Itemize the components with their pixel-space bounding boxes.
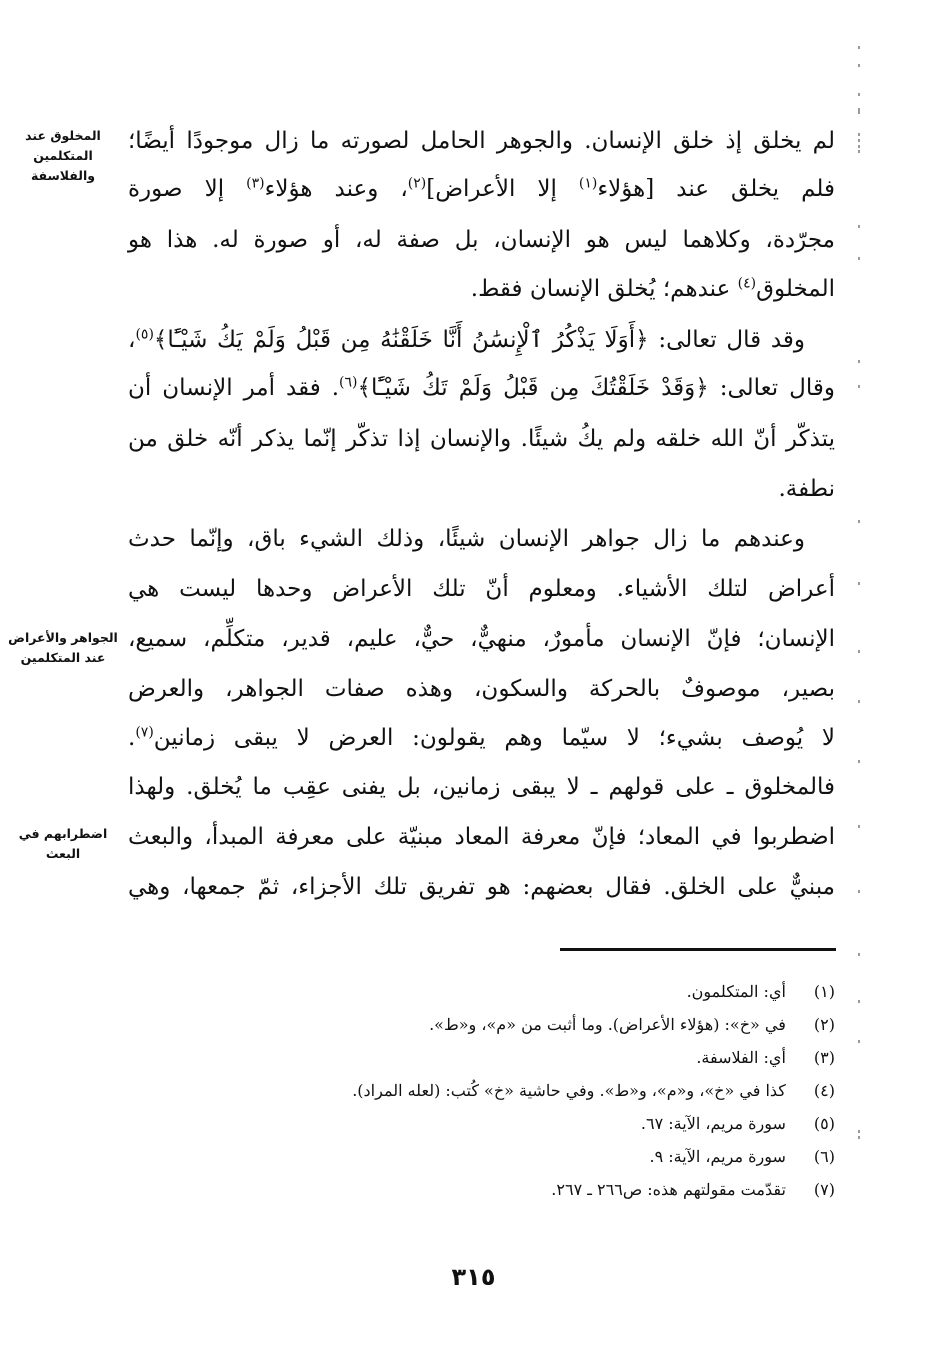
- footnote-text: سورة مريم، الآية: ٦٧.: [641, 1114, 786, 1133]
- footnote-4: (٤) كذا في «خ»، و«م»، و«ط». وفي حاشية «خ…: [128, 1076, 835, 1106]
- footnote-ref-5[interactable]: (٥): [135, 326, 153, 342]
- margin-note-line: الجواهر والأعراض: [4, 628, 122, 648]
- footnote-6: (٦) سورة مريم، الآية: ٩.: [128, 1142, 835, 1172]
- body-line-7: يتذكّر أنّ الله خلقه ولم يكُ شيئًا. والإ…: [128, 417, 835, 461]
- book-page: المخلوق عند المتكلمين والفلاسفة الجواهر …: [0, 0, 947, 1369]
- footnote-ref-3[interactable]: (٣): [246, 175, 264, 191]
- body-line-6-quran-verse: وقال تعالى: ﴿وَقَدْ خَلَقْتُكَ مِن قَبْل…: [128, 366, 835, 410]
- footnote-2: (٢) في «خ»: (هؤلاء الأعراض). وما أثبت من…: [128, 1010, 835, 1040]
- footnote-ref-6[interactable]: (٦): [339, 374, 357, 390]
- footnote-7: (٧) تقدّمت مقولتهم هذه: ص٢٦٦ ـ ٢٦٧.: [128, 1175, 835, 1205]
- footnote-text: سورة مريم، الآية: ٩.: [650, 1147, 786, 1166]
- margin-note-created-per-theologians-philosophers: المخلوق عند المتكلمين والفلاسفة: [4, 126, 122, 186]
- text-run: فلم يخلق عند [هؤلاء: [597, 176, 835, 202]
- footnote-ref-1[interactable]: (١): [579, 175, 597, 191]
- body-line-13: لا يُوصف بشيء؛ لا سيّما وهم يقولون: العر…: [128, 716, 835, 760]
- text-run: إلا الأعراض]: [426, 176, 579, 202]
- footnote-number: (٦): [791, 1142, 835, 1172]
- footnote-text: في «خ»: (هؤلاء الأعراض). وما أثبت من «م»…: [429, 1015, 786, 1034]
- body-line-1: لم يخلق إذ خلق الإنسان. والجوهر الحامل ل…: [128, 119, 835, 163]
- margin-note-substances-accidents: الجواهر والأعراض عند المتكلمين: [4, 628, 122, 668]
- footnote-ref-4[interactable]: (٤): [738, 275, 756, 291]
- margin-note-line: المتكلمين والفلاسفة: [4, 146, 122, 186]
- footnote-number: (٤): [791, 1076, 835, 1106]
- footnote-text: تقدّمت مقولتهم هذه: ص٢٦٦ ـ ٢٦٧.: [551, 1180, 786, 1199]
- text-run: المخلوق: [756, 276, 835, 302]
- text-run: . فقد أمر الإنسان أن: [128, 375, 339, 401]
- margin-note-line: عند المتكلمين: [4, 648, 122, 668]
- footnote-5: (٥) سورة مريم، الآية: ٦٧.: [128, 1109, 835, 1139]
- body-line-9: وعندهم ما زال جواهر الإنسان شيئًا، وذلك …: [128, 517, 835, 561]
- footnote-text: أي: الفلاسفة.: [696, 1048, 786, 1067]
- footnote-number: (١): [791, 977, 835, 1007]
- footnote-number: (٥): [791, 1109, 835, 1139]
- scan-edge-dots: [858, 0, 860, 1369]
- body-line-15: اضطربوا في المعاد؛ فإنّ معرفة المعاد مبن…: [128, 815, 835, 859]
- text-run: وقال تعالى: ﴿وَقَدْ خَلَقْتُكَ مِن قَبْل…: [357, 375, 835, 401]
- body-line-3: مجرّدة، وكلاهما ليس هو الإنسان، بل صفة ل…: [128, 218, 835, 262]
- page-number: ٣١٥: [0, 1262, 947, 1292]
- body-line-4: المخلوق(٤) عندهم؛ يُخلق الإنسان فقط.: [128, 267, 835, 311]
- body-line-8: نطفة.: [128, 467, 835, 511]
- footnote-number: (٣): [791, 1043, 835, 1073]
- text-run: وقد قال تعالى: ﴿أَوَلَا يَذْكُرُ ٱلْإِنس…: [154, 327, 805, 353]
- margin-note-line: اضطرابهم في البعث: [4, 824, 122, 864]
- footnote-ref-7[interactable]: (٧): [135, 724, 153, 740]
- body-line-10: أعراض لتلك الأشياء. ومعلوم أنّ تلك الأعر…: [128, 567, 835, 611]
- body-line-16: مبنيٌّ على الخلق. فقال بعضهم: هو تفريق ت…: [128, 865, 835, 909]
- margin-note-confusion-resurrection: اضطرابهم في البعث: [4, 824, 122, 864]
- footnote-separator: [560, 948, 836, 951]
- body-line-14: فالمخلوق ـ على قولهم ـ لا يبقى زمانين، ب…: [128, 765, 835, 809]
- body-line-12: بصير، موصوفٌ بالحركة والسكون، وهذه صفات …: [128, 667, 835, 711]
- footnote-1: (١) أي: المتكلمون.: [128, 977, 835, 1007]
- footnote-number: (٢): [791, 1010, 835, 1040]
- body-line-2: فلم يخلق عند [هؤلاء(١) إلا الأعراض](٢)، …: [128, 167, 835, 211]
- footnote-number: (٧): [791, 1175, 835, 1205]
- footnote-ref-2[interactable]: (٢): [408, 175, 426, 191]
- text-run: عندهم؛ يُخلق الإنسان فقط.: [471, 276, 738, 302]
- margin-note-line: المخلوق عند: [4, 126, 122, 146]
- footnote-text: كذا في «خ»، و«م»، و«ط». وفي حاشية «خ» كُ…: [352, 1081, 786, 1100]
- text-run: ، وعند هؤلاء: [265, 176, 408, 202]
- text-run: لا يُوصف بشيء؛ لا سيّما وهم يقولون: العر…: [154, 725, 835, 751]
- body-line-11: الإنسان؛ فإنّ الإنسان مأمورٌ، منهيٌّ، حي…: [128, 617, 835, 661]
- text-run: إلا صورة: [128, 176, 246, 202]
- footnote-text: أي: المتكلمون.: [687, 982, 786, 1001]
- footnote-3: (٣) أي: الفلاسفة.: [128, 1043, 835, 1073]
- body-line-5-quran-verse: وقد قال تعالى: ﴿أَوَلَا يَذْكُرُ ٱلْإِنس…: [128, 318, 835, 362]
